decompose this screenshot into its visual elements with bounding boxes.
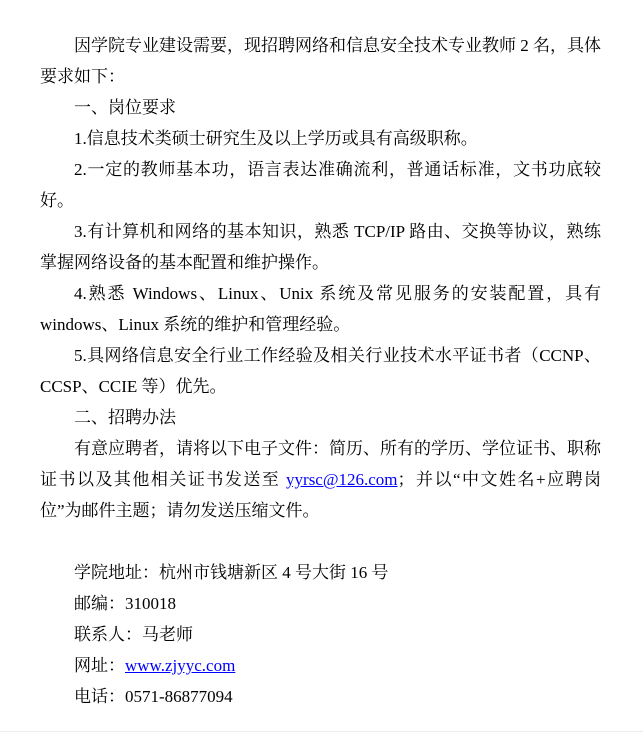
requirement-item-3: 3.有计算机和网络的基本知识，熟悉 TCP/IP 路由、交换等协议，熟练掌握网络…	[40, 216, 601, 278]
intro-paragraph: 因学院专业建设需要，现招聘网络和信息安全技术专业教师 2 名，具体要求如下：	[40, 30, 601, 92]
requirement-item-2: 2.一定的教师基本功，语言表达准确流利，普通话标准，文书功底较好。	[40, 154, 601, 216]
website-label: 网址：	[74, 656, 125, 675]
address-line: 学院地址：杭州市钱塘新区 4 号大街 16 号	[40, 557, 601, 588]
contact-person-line: 联系人：马老师	[40, 619, 601, 650]
postcode-line: 邮编：310018	[40, 588, 601, 619]
requirement-item-5: 5.具网络信息安全行业工作经验及相关行业技术水平证书者（CCNP、CCSP、CC…	[40, 340, 601, 402]
blank-line-spacer	[40, 526, 601, 557]
website-link[interactable]: www.zjyyc.com	[125, 656, 235, 675]
requirement-item-4: 4.熟悉 Windows、Linux、Unix 系统及常见服务的安装配置，具有 …	[40, 278, 601, 340]
section-heading-requirements: 一、岗位要求	[40, 92, 601, 123]
phone-line: 电话：0571-86877094	[40, 681, 601, 712]
section-heading-method: 二、招聘办法	[40, 402, 601, 433]
email-link[interactable]: yyrsc@126.com	[286, 470, 398, 489]
document-page: 因学院专业建设需要，现招聘网络和信息安全技术专业教师 2 名，具体要求如下： 一…	[0, 0, 643, 732]
website-line: 网址：www.zjyyc.com	[40, 650, 601, 681]
requirement-item-1: 1.信息技术类硕士研究生及以上学历或具有高级职称。	[40, 123, 601, 154]
apply-paragraph: 有意应聘者，请将以下电子文件：简历、所有的学历、学位证书、职称证书以及其他相关证…	[40, 433, 601, 526]
